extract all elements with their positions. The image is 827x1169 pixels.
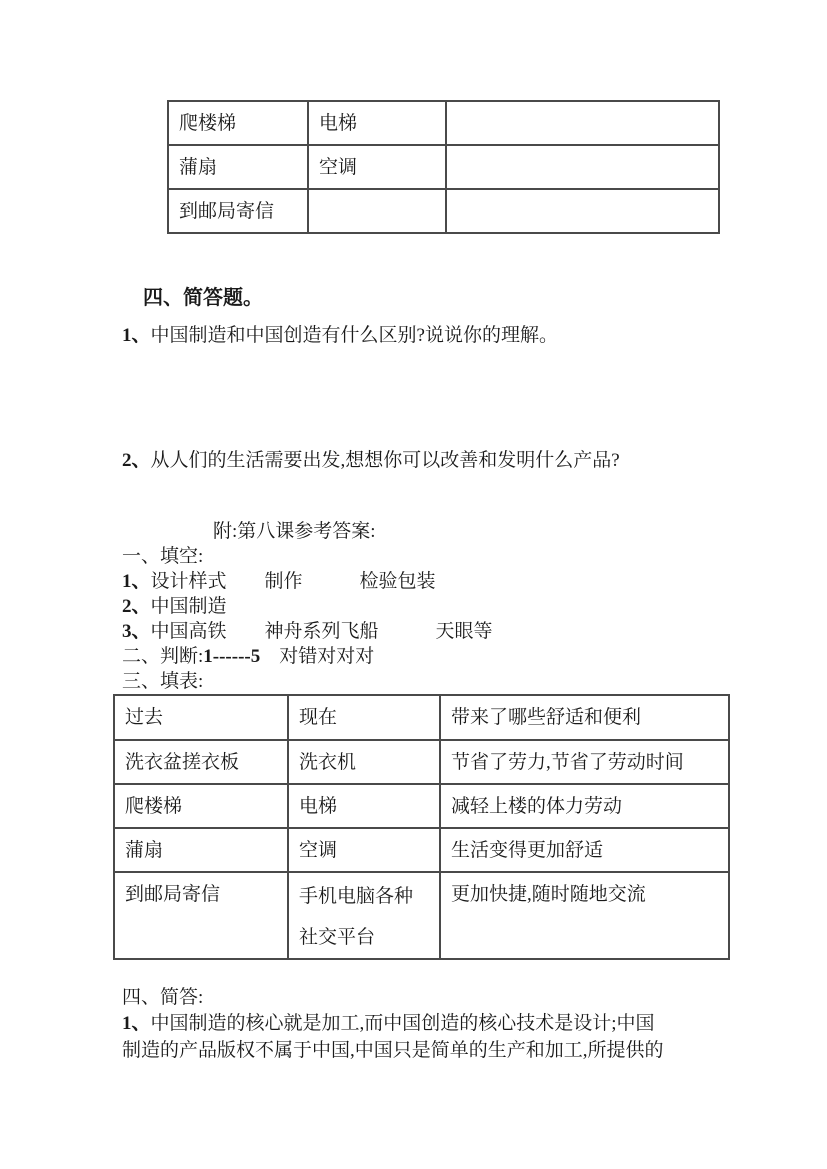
table-cell: 带来了哪些舒适和便利 (440, 695, 729, 740)
table-cell: 到邮局寄信 (168, 189, 308, 233)
table-cell: 手机电脑各种 社交平台 (288, 872, 440, 959)
text-segment: 中国高铁 神舟系列飞船 天眼等 (151, 621, 493, 642)
text-segment: 中国制造 (151, 596, 227, 617)
table-cell: 爬楼梯 (114, 784, 288, 828)
section-four-heading: 四、简答题。 (143, 285, 263, 311)
text-segment: 一、填空: (122, 546, 203, 567)
short-answer-1-number: 1、 (122, 1013, 151, 1034)
table-cell: 洗衣机 (288, 740, 440, 784)
answer-key-line: 三、填表: (122, 669, 493, 694)
table-cell: 电梯 (308, 101, 446, 145)
table-cell: 空调 (288, 828, 440, 872)
table-cell: 更加快捷,随时随地交流 (440, 872, 729, 959)
question-2: 2、从人们的生活需要出发,想想你可以改善和发明什么产品? (122, 448, 620, 474)
answer-key-line: 3、中国高铁 神舟系列飞船 天眼等 (122, 619, 493, 644)
question-2-number: 2、 (122, 450, 151, 471)
answer-comparison-table: 过去现在带来了哪些舒适和便利洗衣盆搓衣板洗衣机节省了劳力,节省了劳动时间爬楼梯电… (113, 694, 730, 960)
table-cell: 节省了劳力,节省了劳动时间 (440, 740, 729, 784)
table-cell: 过去 (114, 695, 288, 740)
text-segment: 设计样式 制作 检验包装 (151, 571, 436, 592)
text-segment: 三、填表: (122, 671, 203, 692)
table-cell: 到邮局寄信 (114, 872, 288, 959)
text-segment: 二、判断: (122, 646, 203, 667)
question-1: 1、中国制造和中国创造有什么区别?说说你的理解。 (122, 323, 558, 349)
text-segment: 2、 (122, 596, 151, 617)
blank-comparison-table: 爬楼梯电梯蒲扇空调到邮局寄信 (167, 100, 720, 234)
table-cell (446, 189, 719, 233)
short-answer-1-text: 中国制造的核心就是加工,而中国创造的核心技术是设计;中国 制造的产品版权不属于中… (122, 1013, 664, 1061)
answer-key-title: 附:第八课参考答案: (213, 519, 376, 544)
table-row: 蒲扇空调 (168, 145, 719, 189)
short-answer-heading: 四、简答: (122, 985, 203, 1011)
table-cell: 蒲扇 (168, 145, 308, 189)
table-cell (446, 145, 719, 189)
table-row: 过去现在带来了哪些舒适和便利 (114, 695, 729, 740)
short-answer-1: 1、中国制造的核心就是加工,而中国创造的核心技术是设计;中国 制造的产品版权不属… (122, 1010, 718, 1064)
table-row: 洗衣盆搓衣板洗衣机节省了劳力,节省了劳动时间 (114, 740, 729, 784)
answer-key-line: 2、中国制造 (122, 594, 493, 619)
table-cell: 生活变得更加舒适 (440, 828, 729, 872)
table-row: 到邮局寄信 (168, 189, 719, 233)
table-cell: 现在 (288, 695, 440, 740)
question-1-text: 中国制造和中国创造有什么区别?说说你的理解。 (151, 325, 558, 346)
text-segment: 3、 (122, 621, 151, 642)
text-segment: 对错对对对 (260, 646, 374, 667)
answer-key-line: 1、设计样式 制作 检验包装 (122, 569, 493, 594)
answer-key-lines: 一、填空:1、设计样式 制作 检验包装2、中国制造3、中国高铁 神舟系列飞船 天… (122, 544, 493, 694)
table-cell: 电梯 (288, 784, 440, 828)
text-segment: 1、 (122, 571, 151, 592)
worksheet-page: 爬楼梯电梯蒲扇空调到邮局寄信 四、简答题。 1、中国制造和中国创造有什么区别?说… (0, 0, 827, 1169)
question-1-number: 1、 (122, 325, 151, 346)
question-2-text: 从人们的生活需要出发,想想你可以改善和发明什么产品? (151, 450, 620, 471)
table-cell (446, 101, 719, 145)
table-cell: 蒲扇 (114, 828, 288, 872)
table-row: 蒲扇空调生活变得更加舒适 (114, 828, 729, 872)
table-cell (308, 189, 446, 233)
text-segment: 1------5 (203, 646, 260, 667)
table-cell: 减轻上楼的体力劳动 (440, 784, 729, 828)
table-cell: 空调 (308, 145, 446, 189)
table-row: 爬楼梯电梯减轻上楼的体力劳动 (114, 784, 729, 828)
table-row: 爬楼梯电梯 (168, 101, 719, 145)
table-cell: 洗衣盆搓衣板 (114, 740, 288, 784)
answer-key-line: 一、填空: (122, 544, 493, 569)
answer-key-line: 二、判断:1------5 对错对对对 (122, 644, 493, 669)
table-row: 到邮局寄信手机电脑各种 社交平台更加快捷,随时随地交流 (114, 872, 729, 959)
table-cell: 爬楼梯 (168, 101, 308, 145)
